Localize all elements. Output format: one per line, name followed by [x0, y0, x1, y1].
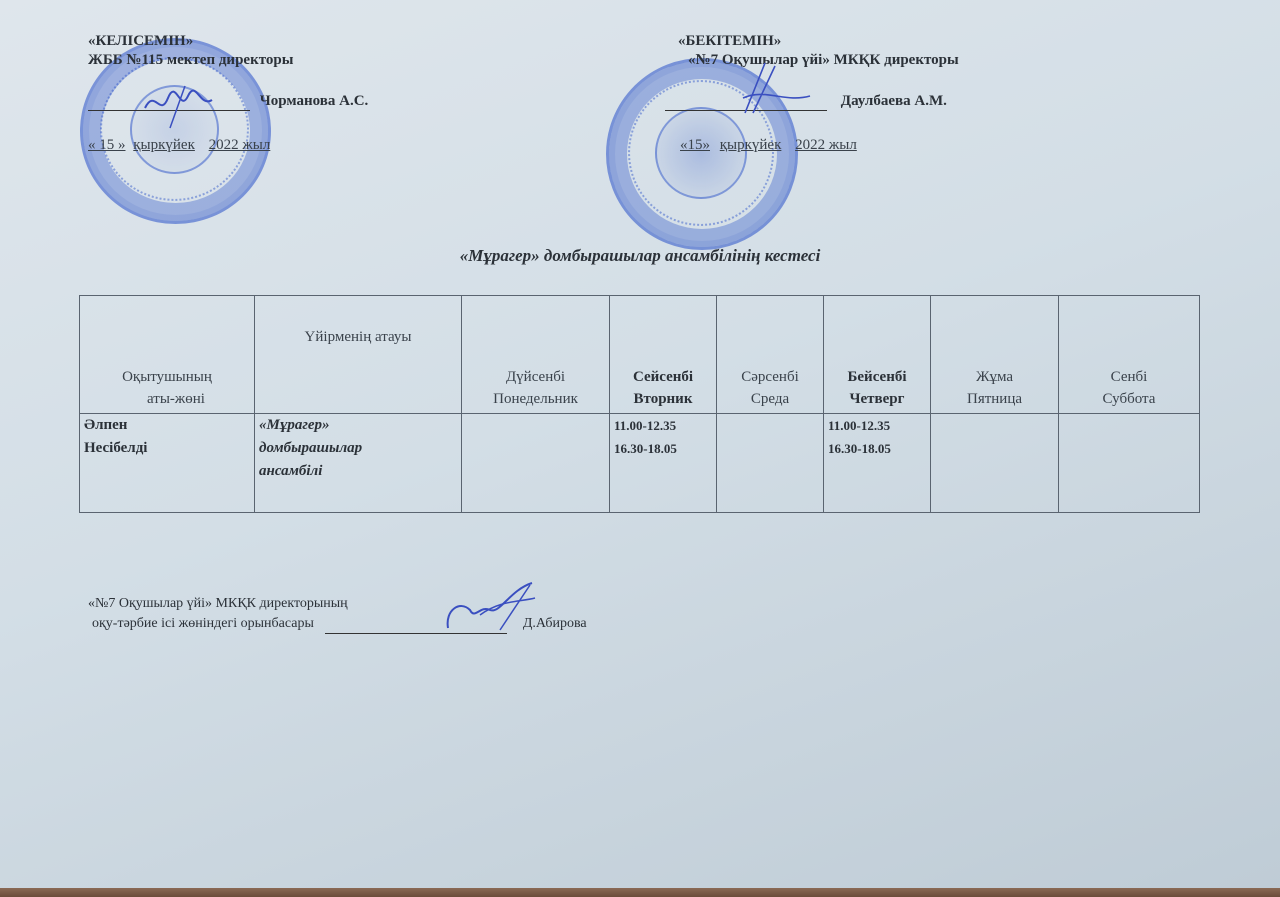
schedule-table: Оқытушыныңаты-жөні Үйірменің атауы Дүйсе…	[79, 295, 1200, 513]
right-date-year: 2022 жыл	[795, 137, 857, 153]
right-date-month: қыркүйек	[720, 137, 782, 153]
left-approval-date: « 15 » қыркүйек 2022 жыл	[88, 136, 270, 155]
document-title: «Мұрагер» домбырашылар ансамбілінің кест…	[0, 246, 1280, 266]
header-club: Үйірменің атауы	[255, 296, 462, 414]
left-signature-icon	[140, 78, 220, 138]
cell-club: «Мұрагер»домбырашыларансамбілі	[255, 414, 462, 513]
right-approval-position: «№7 Оқушылар үйі» МКҚК директоры	[688, 51, 959, 70]
left-approval-block: «КЕЛІСЕМІН» ЖББ №115 мектеп директоры	[88, 32, 293, 70]
desk-surface	[0, 888, 1280, 897]
cell-wednesday	[717, 414, 824, 513]
right-signer-name: Даулбаева А.М.	[841, 93, 947, 109]
header-tuesday: СейсенбіВторник	[610, 296, 717, 414]
header-teacher: Оқытушыныңаты-жөні	[80, 296, 255, 414]
right-approval-date: «15» қыркүйек 2022 жыл	[680, 136, 857, 155]
right-approval-heading: «БЕКІТЕМІН»	[678, 32, 781, 51]
left-date-year: 2022 жыл	[209, 137, 271, 153]
header-saturday: СенбіСуббота	[1059, 296, 1200, 414]
header-thursday: БейсенбіЧетверг	[824, 296, 931, 414]
cell-friday	[931, 414, 1059, 513]
cell-saturday	[1059, 414, 1200, 513]
header-friday: ЖұмаПятница	[931, 296, 1059, 414]
left-approval-position: ЖББ №115 мектеп директоры	[88, 51, 293, 70]
left-signer-name: Чорманова А.С.	[260, 93, 369, 109]
table-header-row: Оқытушыныңаты-жөні Үйірменің атауы Дүйсе…	[80, 296, 1200, 414]
header-wednesday: СәрсенбіСреда	[717, 296, 824, 414]
header-monday: ДүйсенбіПонедельник	[462, 296, 610, 414]
cell-monday	[462, 414, 610, 513]
left-date-day: « 15 »	[88, 137, 126, 153]
cell-thursday: 11.00-12.3516.30-18.05	[824, 414, 931, 513]
cell-teacher: ӘлпенНесібелді	[80, 414, 255, 513]
left-date-month: қыркүйек	[133, 137, 195, 153]
cell-tuesday: 11.00-12.3516.30-18.05	[610, 414, 717, 513]
left-signature-line: Чорманова А.С.	[88, 92, 368, 111]
left-approval-heading: «КЕЛІСЕМІН»	[88, 32, 293, 51]
table-row: ӘлпенНесібелді «Мұрагер»домбырашыларанса…	[80, 414, 1200, 513]
right-date-day: «15»	[680, 137, 710, 153]
footer-signature-icon	[440, 580, 540, 635]
right-signature-icon	[735, 58, 815, 118]
